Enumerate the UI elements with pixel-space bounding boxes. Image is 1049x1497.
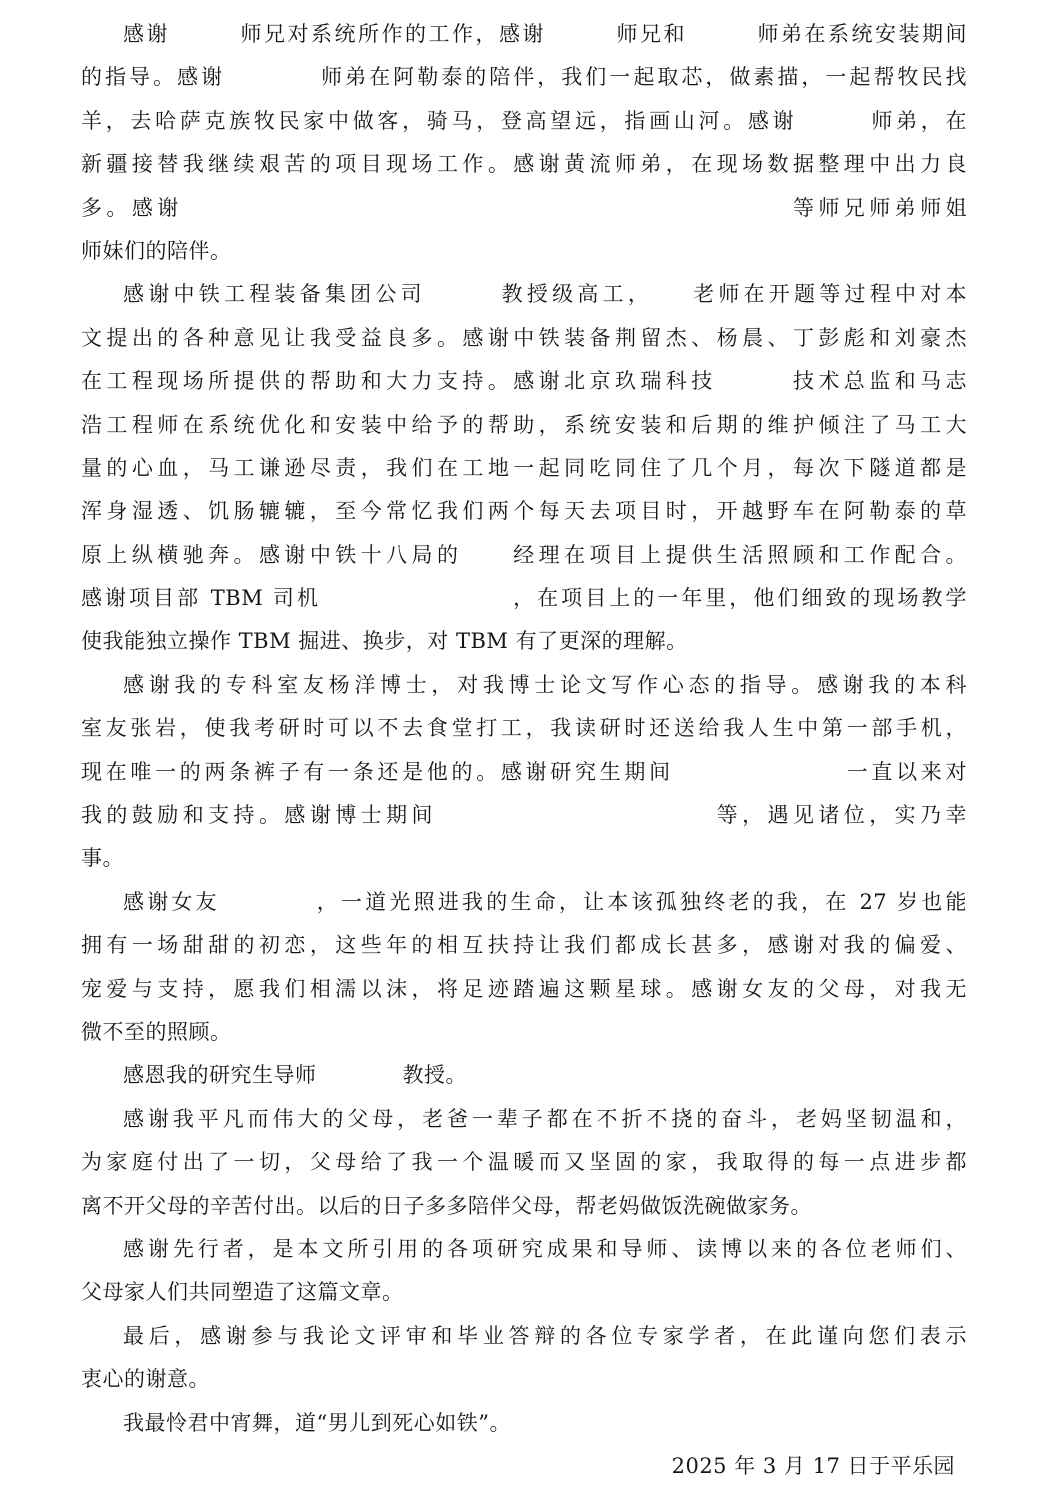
text-line: 微不至的照顾。: [81, 1011, 967, 1054]
text-line: 离不开父母的辛苦付出。以后的日子多多陪伴父母，帮老妈做饭洗碗做家务。: [81, 1185, 967, 1228]
acknowledgments-body: 感谢 师兄对系统所作的工作，感谢 师兄和 师弟在系统安装期间的指导。感谢 师弟在…: [81, 13, 967, 1445]
text-line: 浑身湿透、饥肠辘辘，至今常忆我们两个每天去项目时，开越野车在阿勒泰的草: [81, 490, 967, 533]
text-line: 我的鼓励和支持。感谢博士期间 等，遇见诸位，实乃幸: [81, 794, 967, 837]
text-line: 使我能独立操作 TBM 掘进、换步，对 TBM 有了更深的理解。: [81, 620, 967, 663]
text-line: 感谢中铁工程装备集团公司 教授级高工， 老师在开题等过程中对本: [81, 273, 967, 316]
text-line: 感谢项目部 TBM 司机 ，在项目上的一年里，他们细致的现场教学: [81, 577, 967, 620]
text-line: 感谢我的专科室友杨洋博士，对我博士论文写作心态的指导。感谢我的本科: [81, 664, 967, 707]
text-line: 拥有一场甜甜的初恋，这些年的相互扶持让我们都成长甚多，感谢对我的偏爱、: [81, 924, 967, 967]
text-line: 我最怜君中宵舞，道“男儿到死心如铁”。: [81, 1402, 967, 1445]
text-line: 室友张岩，使我考研时可以不去食堂打工，我读研时还送给我人生中第一部手机，: [81, 707, 967, 750]
text-line: 衷心的谢意。: [81, 1358, 967, 1401]
text-line: 多。感谢 等师兄师弟师姐: [81, 187, 967, 230]
text-line: 事。: [81, 837, 967, 880]
text-line: 在工程现场所提供的帮助和大力支持。感谢北京玖瑞科技 技术总监和马志: [81, 360, 967, 403]
text-line: 文提出的各种意见让我受益良多。感谢中铁装备荆留杰、杨晨、丁彭彪和刘豪杰: [81, 317, 967, 360]
date-line: 2025 年 3 月 17 日于平乐园: [81, 1445, 967, 1488]
text-line: 羊，去哈萨克族牧民家中做客，骑马，登高望远，指画山河。感谢 师弟，在: [81, 100, 967, 143]
text-line: 感谢 师兄对系统所作的工作，感谢 师兄和 师弟在系统安装期间: [81, 13, 967, 56]
text-line: 感恩我的研究生导师 教授。: [81, 1054, 967, 1097]
text-line: 为家庭付出了一切，父母给了我一个温暖而又坚固的家，我取得的每一点进步都: [81, 1141, 967, 1184]
text-line: 感谢先行者，是本文所引用的各项研究成果和导师、读博以来的各位老师们、: [81, 1228, 967, 1271]
text-line: 浩工程师在系统优化和安装中给予的帮助，系统安装和后期的维护倾注了马工大: [81, 404, 967, 447]
document-page: 感谢 师兄对系统所作的工作，感谢 师兄和 师弟在系统安装期间的指导。感谢 师弟在…: [0, 0, 1049, 1497]
text-line: 宠爱与支持，愿我们相濡以沫，将足迹踏遍这颗星球。感谢女友的父母，对我无: [81, 968, 967, 1011]
text-line: 父母家人们共同塑造了这篇文章。: [81, 1271, 967, 1314]
text-line: 感谢女友 ，一道光照进我的生命，让本该孤独终老的我，在 27 岁也能: [81, 881, 967, 924]
text-line: 感谢我平凡而伟大的父母，老爸一辈子都在不折不挠的奋斗，老妈坚韧温和，: [81, 1098, 967, 1141]
text-line: 量的心血，马工谦逊尽责，我们在工地一起同吃同住了几个月，每次下隧道都是: [81, 447, 967, 490]
text-line: 现在唯一的两条裤子有一条还是他的。感谢研究生期间 一直以来对: [81, 751, 967, 794]
text-line: 师妹们的陪伴。: [81, 230, 967, 273]
text-line: 原上纵横驰奔。感谢中铁十八局的 经理在项目上提供生活照顾和工作配合。: [81, 534, 967, 577]
text-line: 新疆接替我继续艰苦的项目现场工作。感谢黄流师弟，在现场数据整理中出力良: [81, 143, 967, 186]
text-line: 最后，感谢参与我论文评审和毕业答辩的各位专家学者，在此谨向您们表示: [81, 1315, 967, 1358]
text-line: 的指导。感谢 师弟在阿勒泰的陪伴，我们一起取芯，做素描，一起帮牧民找: [81, 56, 967, 99]
